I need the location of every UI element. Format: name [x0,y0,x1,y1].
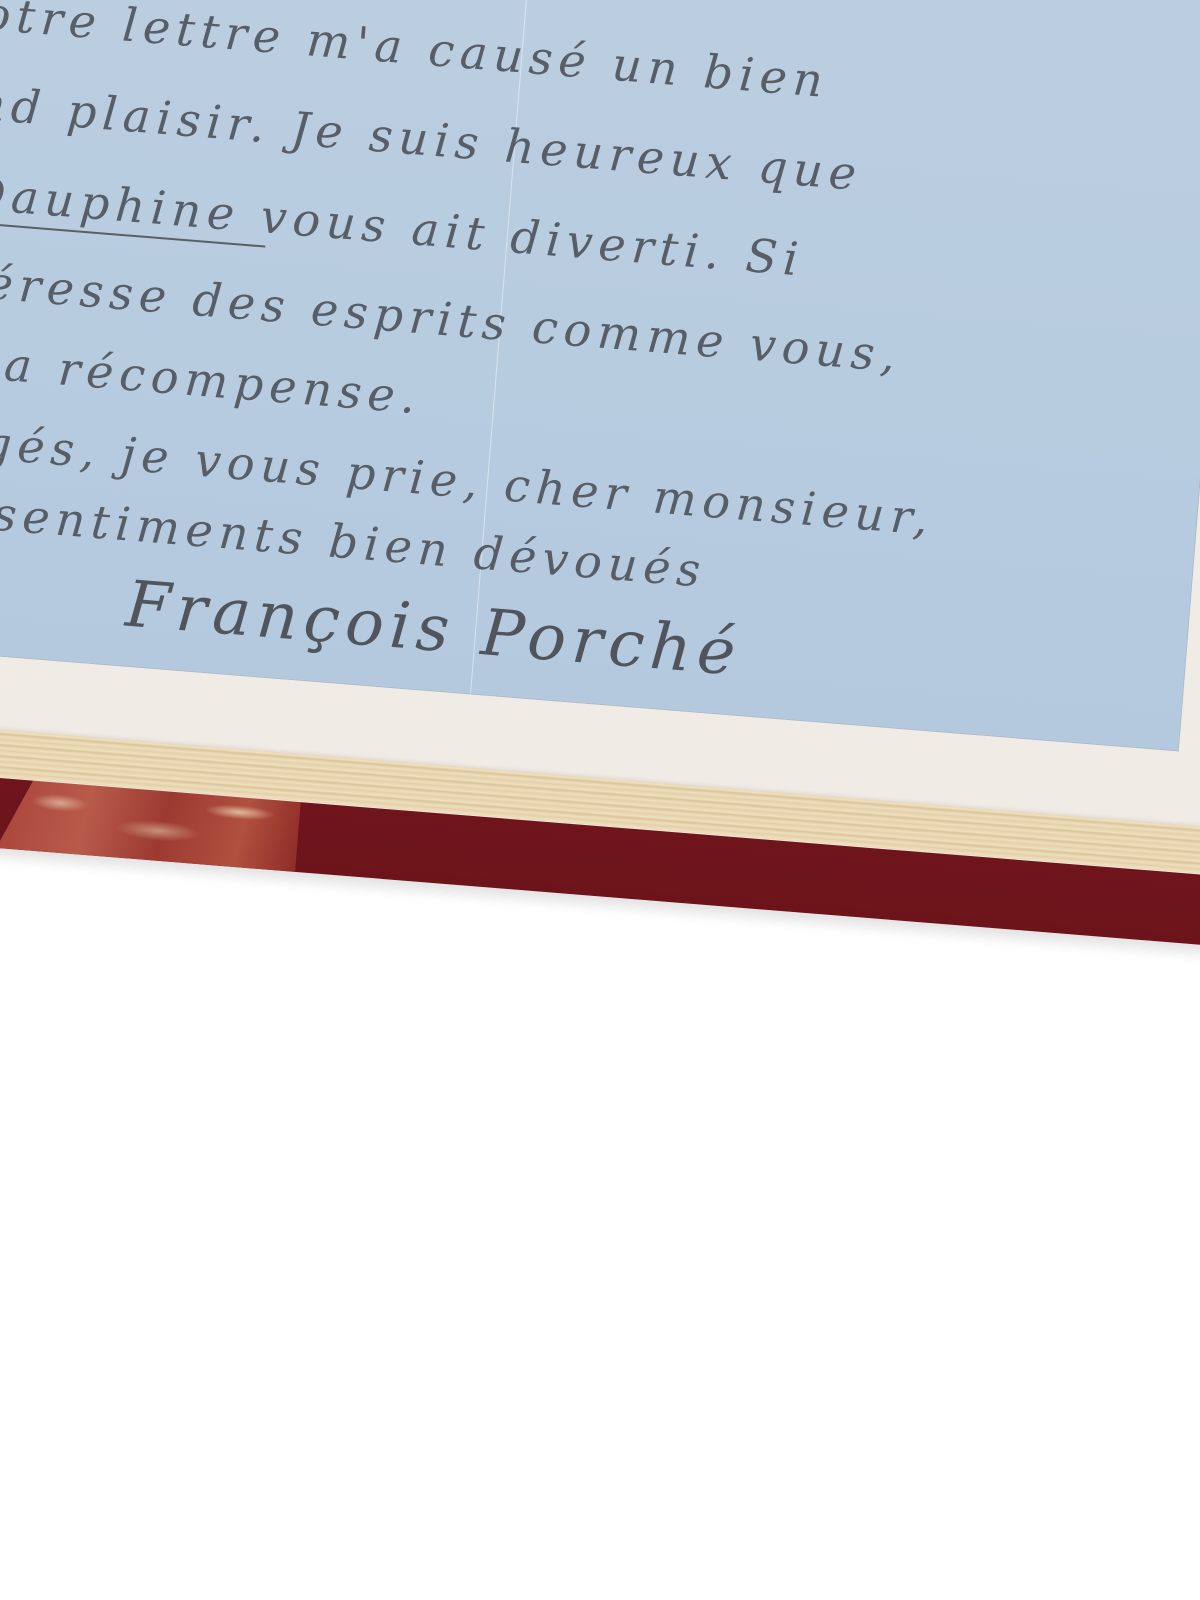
bound-book: otre lettre m'a causé un bien nd plaisir… [0,0,1200,986]
letter-line: ma récompense. [0,333,423,424]
photo-scene: otre lettre m'a causé un bien nd plaisir… [0,0,1200,1600]
letter-sheet: otre lettre m'a causé un bien nd plaisir… [0,0,1200,751]
